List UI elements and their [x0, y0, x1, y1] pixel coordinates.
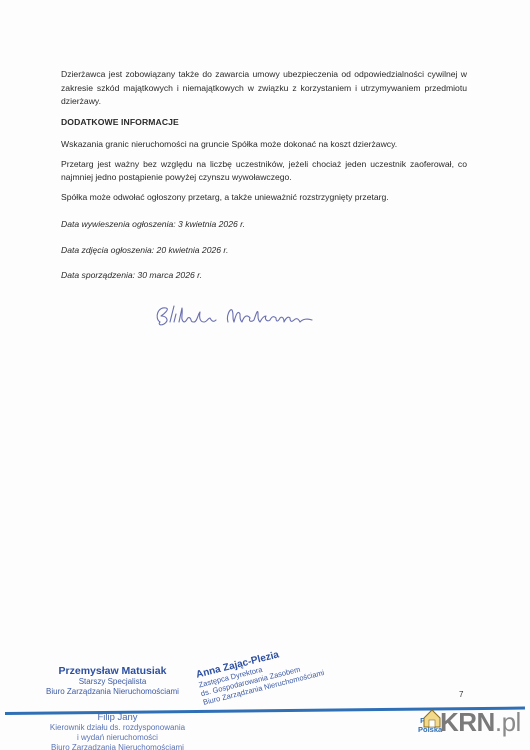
stamp-title: Kierownik działu ds. rozdysponowania: [30, 723, 205, 733]
posting-date: Data wywieszenia ogłoszenia: 3 kwietnia …: [61, 218, 467, 232]
info-paragraph-boundaries: Wskazania granic nieruchomości na grunci…: [61, 138, 467, 152]
creation-date: Data sporządzenia: 30 marca 2026 r.: [61, 269, 467, 283]
stamp-zajac-plezia: Anna Zając-Plezia Zastępca Dyrektora ds.…: [195, 640, 325, 707]
stamp-name: Przemysław Matusiak: [25, 665, 200, 677]
house-icon: [423, 708, 441, 728]
document-body: Dzierżawca jest zobowiązany także do zaw…: [61, 68, 467, 283]
insurance-paragraph: Dzierżawca jest zobowiązany także do zaw…: [61, 68, 467, 109]
stamp-office: Biuro Zarządzania Nieruchomościami: [30, 743, 205, 750]
krn-watermark: KRN.pl: [440, 707, 521, 738]
section-heading: DODATKOWE INFORMACJE: [61, 116, 467, 130]
handwritten-signature: [152, 300, 327, 332]
stamp-jany: Filip Jany Kierownik działu ds. rozdyspo…: [30, 712, 205, 750]
removal-date: Data zdjęcia ogłoszenia: 20 kwietnia 202…: [61, 244, 467, 258]
document-page: Dzierżawca jest zobowiązany także do zaw…: [0, 0, 530, 750]
stamp-title: Starszy Specjalista: [25, 677, 200, 687]
stamp-matusiak: Przemysław Matusiak Starszy Specjalista …: [25, 665, 200, 697]
stamp-office: Biuro Zarządzania Nieruchomościami: [25, 687, 200, 697]
info-paragraph-validity: Przetarg jest ważny bez względu na liczb…: [61, 158, 467, 185]
stamp-subtitle: i wydań nieruchomości: [30, 733, 205, 743]
page-number: 7: [459, 690, 463, 699]
footer-logo: P Polska KRN.pl: [418, 706, 530, 750]
info-paragraph-cancellation: Spółka może odwołać ogłoszony przetarg, …: [61, 191, 467, 205]
